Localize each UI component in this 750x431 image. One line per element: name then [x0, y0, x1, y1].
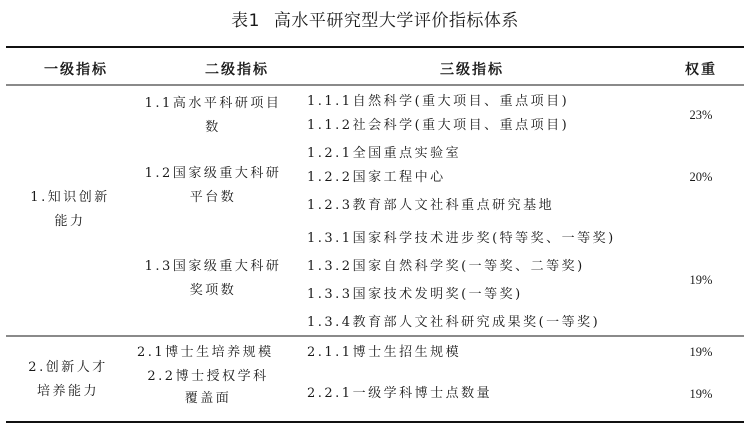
- level3-cell: 1.3.1国家科学技术进步奖(特等奖、一等奖) 1.3.2国家自然科学奖(一等奖…: [307, 225, 616, 337]
- top-rule: [6, 46, 744, 48]
- level2-cell: 1.1高水平科研项目 数: [133, 92, 293, 140]
- weight-cell: 19%: [668, 345, 734, 360]
- level3-cell: 1.2.1全国重点实验室 1.2.2国家工程中心 1.2.3教育部人文社科重点研…: [307, 142, 554, 218]
- weight-cell: 19%: [668, 273, 734, 288]
- header-level1: 一级指标: [44, 59, 108, 79]
- weight-cell: 23%: [668, 108, 734, 123]
- group-rule: [6, 335, 744, 337]
- table-title-text: 高水平研究型大学评价指标体系: [274, 11, 519, 31]
- level1-cell: 1.知识创新 能力: [10, 186, 130, 234]
- level2-cell: 2.1博士生培养规模: [137, 341, 274, 365]
- level3-cell: 1.1.1自然科学(重大项目、重点项目) 1.1.2社会科学(重大项目、重点项目…: [307, 90, 569, 138]
- header-level2: 二级指标: [205, 59, 269, 79]
- level2-cell: 2.2博士授权学科 覆盖面: [133, 366, 283, 410]
- level3-cell: 2.2.1一级学科博士点数量: [307, 382, 492, 406]
- level1-cell: 2.创新人才 培养能力: [8, 356, 128, 404]
- level2-cell: 1.2国家级重大科研 平台数: [133, 162, 293, 210]
- level3-cell: 2.1.1博士生招生规模: [307, 341, 461, 365]
- table-number: 表1: [231, 11, 260, 31]
- bottom-rule: [6, 421, 744, 423]
- table-title: 表1高水平研究型大学评价指标体系: [0, 6, 750, 31]
- weight-cell: 20%: [668, 170, 734, 185]
- weight-cell: 19%: [668, 387, 734, 402]
- header-rule: [6, 84, 744, 86]
- header-level3: 三级指标: [440, 59, 504, 79]
- header-weight: 权重: [685, 59, 717, 79]
- level2-cell: 1.3国家级重大科研 奖项数: [133, 255, 293, 303]
